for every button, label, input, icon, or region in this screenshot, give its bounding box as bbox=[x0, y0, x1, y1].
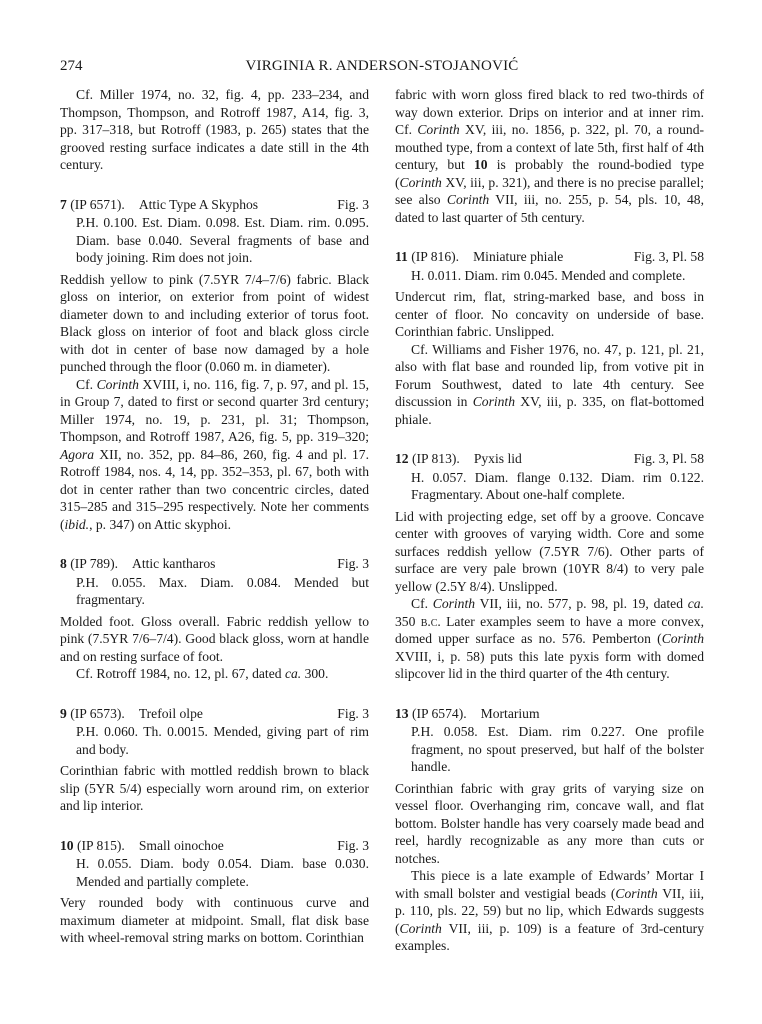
running-head-author: VIRGINIA R. ANDERSON-STOJANOVIĆ bbox=[60, 58, 704, 75]
measurements: P.H. 0.055. Max. Diam. 0.084. Mended but… bbox=[60, 574, 369, 609]
description: Undercut rim, flat, string-marked base, … bbox=[395, 288, 704, 341]
figure-reference: Fig. 3 bbox=[337, 705, 369, 723]
comparanda: Cf. Corinth VII, iii, no. 577, p. 98, pl… bbox=[395, 595, 704, 683]
description: Corinthian fabric with mottled reddish b… bbox=[60, 762, 369, 815]
inventory-number: (IP 789). bbox=[70, 556, 118, 571]
inventory-number: (IP 815). bbox=[77, 838, 125, 853]
catalog-entry-7: 7 (IP 6571).Attic Type A Skyphos Fig. 3 … bbox=[60, 196, 369, 534]
entry-title: Mortarium bbox=[481, 706, 540, 721]
entry-number: 11 bbox=[395, 249, 408, 264]
entry-title: Trefoil olpe bbox=[139, 706, 203, 721]
entry-number: 7 bbox=[60, 197, 67, 212]
entry-title: Miniature phiale bbox=[473, 249, 563, 264]
entry-title: Small oinochoe bbox=[139, 838, 224, 853]
description: Molded foot. Gloss overall. Fabric reddi… bbox=[60, 613, 369, 666]
entry-heading: 10 (IP 815).Small oinochoe Fig. 3 bbox=[60, 837, 369, 855]
measurements: H. 0.057. Diam. flange 0.132. Diam. rim … bbox=[395, 469, 704, 504]
inventory-number: (IP 816). bbox=[411, 249, 459, 264]
entry-heading: 7 (IP 6571).Attic Type A Skyphos Fig. 3 bbox=[60, 196, 369, 214]
measurements: P.H. 0.100. Est. Diam. 0.098. Est. Diam.… bbox=[60, 214, 369, 267]
entry-number: 10 bbox=[60, 838, 74, 853]
inventory-number: (IP 6573). bbox=[70, 706, 125, 721]
catalog-entry-11: 11 (IP 816).Miniature phiale Fig. 3, Pl.… bbox=[395, 248, 704, 428]
entry-heading: 11 (IP 816).Miniature phiale Fig. 3, Pl.… bbox=[395, 248, 704, 266]
figure-reference: Fig. 3 bbox=[337, 555, 369, 573]
description: Very rounded body with continuous curve … bbox=[60, 894, 369, 947]
catalog-entry-8: 8 (IP 789).Attic kantharos Fig. 3 P.H. 0… bbox=[60, 555, 369, 683]
figure-reference: Fig. 3 bbox=[337, 837, 369, 855]
comparanda: Cf. Williams and Fisher 1976, no. 47, p.… bbox=[395, 341, 704, 429]
comparanda: Cf. Rotroff 1984, no. 12, pl. 67, dated … bbox=[60, 665, 369, 683]
continued-comparanda: Cf. Miller 1974, no. 32, fig. 4, pp. 233… bbox=[60, 86, 369, 174]
entry-heading: 12 (IP 813).Pyxis lid Fig. 3, Pl. 58 bbox=[395, 450, 704, 468]
description: Corinthian fabric with gray grits of var… bbox=[395, 780, 704, 868]
catalog-entry-12: 12 (IP 813).Pyxis lid Fig. 3, Pl. 58 H. … bbox=[395, 450, 704, 683]
entry-number: 12 bbox=[395, 451, 409, 466]
measurements: H. 0.055. Diam. body 0.054. Diam. base 0… bbox=[60, 855, 369, 890]
catalog-entry-9: 9 (IP 6573).Trefoil olpe Fig. 3 P.H. 0.0… bbox=[60, 705, 369, 815]
entry-heading: 9 (IP 6573).Trefoil olpe Fig. 3 bbox=[60, 705, 369, 723]
continued-description-entry-10: fabric with worn gloss fired black to re… bbox=[395, 86, 704, 226]
page-header: 274 VIRGINIA R. ANDERSON-STOJANOVIĆ bbox=[60, 58, 704, 80]
figure-reference: Fig. 3 bbox=[337, 196, 369, 214]
measurements: P.H. 0.060. Th. 0.0015. Mended, giving p… bbox=[60, 723, 369, 758]
entry-heading: 8 (IP 789).Attic kantharos Fig. 3 bbox=[60, 555, 369, 573]
right-column: fabric with worn gloss fired black to re… bbox=[395, 86, 704, 955]
figure-reference: Fig. 3, Pl. 58 bbox=[634, 248, 704, 266]
comparanda: Cf. Corinth XVIII, i, no. 116, fig. 7, p… bbox=[60, 376, 369, 534]
figure-reference: Fig. 3, Pl. 58 bbox=[634, 450, 704, 468]
entry-number: 8 bbox=[60, 556, 67, 571]
inventory-number: (IP 6571). bbox=[70, 197, 125, 212]
entry-title: Attic kantharos bbox=[132, 556, 215, 571]
entry-title: Attic Type A Skyphos bbox=[139, 197, 258, 212]
entry-number: 13 bbox=[395, 706, 409, 721]
description: Lid with projecting edge, set off by a g… bbox=[395, 508, 704, 596]
catalog-entry-13: 13 (IP 6574).Mortarium P.H. 0.058. Est. … bbox=[395, 705, 704, 955]
comparanda: This piece is a late example of Edwards’… bbox=[395, 867, 704, 955]
entry-heading: 13 (IP 6574).Mortarium bbox=[395, 705, 704, 723]
measurements: P.H. 0.058. Est. Diam. rim 0.227. One pr… bbox=[395, 723, 704, 776]
inventory-number: (IP 813). bbox=[412, 451, 460, 466]
inventory-number: (IP 6574). bbox=[412, 706, 467, 721]
catalog-entry-10: 10 (IP 815).Small oinochoe Fig. 3 H. 0.0… bbox=[60, 837, 369, 947]
description: Reddish yellow to pink (7.5YR 7/4–7/6) f… bbox=[60, 271, 369, 376]
entry-number: 9 bbox=[60, 706, 67, 721]
left-column: Cf. Miller 1974, no. 32, fig. 4, pp. 233… bbox=[60, 86, 369, 947]
measurements: H. 0.011. Diam. rim 0.045. Mended and co… bbox=[395, 267, 704, 285]
entry-title: Pyxis lid bbox=[474, 451, 522, 466]
